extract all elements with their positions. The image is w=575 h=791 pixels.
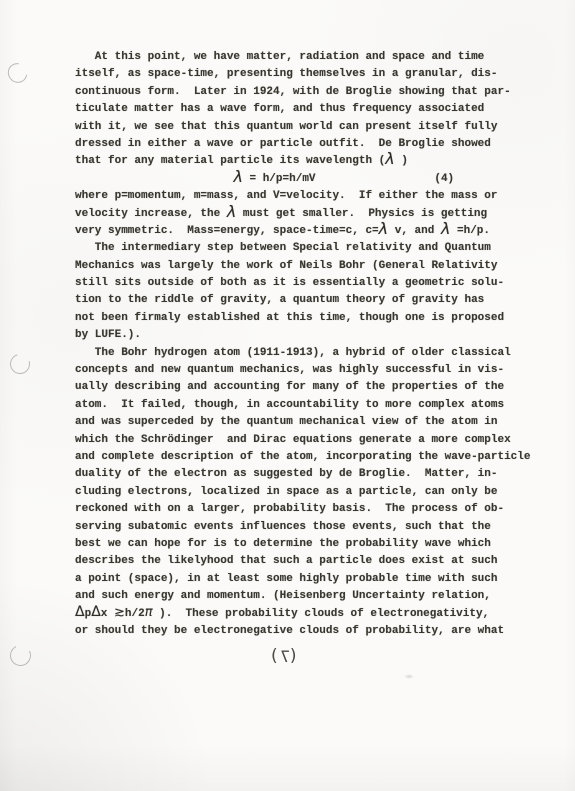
text-line: Mechanics was largely the work of Neils … [75, 258, 545, 275]
binder-ring-mark-icon [4, 59, 31, 86]
text-line: describes the likelyhood that such a par… [75, 553, 545, 570]
page-number-close-paren: ) [290, 646, 298, 666]
binder-ring-mark-icon [6, 350, 33, 377]
text-line: At this point, we have matter, radiation… [75, 49, 545, 66]
page-number-digit: 7 [279, 647, 290, 666]
lambda-symbol: λ [379, 224, 388, 234]
text-line: The Bohr hydrogen atom (1911-1913), a hy… [75, 345, 545, 362]
text-line: very symmetric. Mass=energy, space-time=… [75, 223, 545, 240]
text-line: and such energy and momentum. (Heisenber… [75, 588, 545, 605]
text-line: duality of the electron as suggested by … [75, 466, 545, 483]
text-line: which the Schrödinger and Dirac equation… [75, 432, 545, 449]
text-line: or should they be electronegative clouds… [75, 623, 545, 640]
binder-ring-mark-icon [7, 642, 33, 668]
text-line: continuous form. Later in 1924, with de … [75, 84, 545, 101]
text-line: and was superceded by the quantum mechan… [75, 414, 545, 431]
text-line: velocity increase, the λ must get smalle… [75, 206, 545, 223]
lambda-symbol: λ [441, 224, 450, 234]
text-line: serving subatomic events influences thos… [75, 519, 545, 536]
text-line: not been firmaly established at this tim… [75, 310, 545, 327]
text-line: cluding electrons, localized in space as… [75, 484, 545, 501]
lambda-symbol: λ [233, 172, 242, 182]
text-line: a point (space), in at least some highly… [75, 571, 545, 588]
text-line: still sits outside of both as it is esse… [75, 275, 545, 292]
lambda-symbol: λ [385, 154, 394, 164]
text-line: The intermediary step between Special re… [75, 240, 545, 257]
pi-symbol: π [145, 608, 153, 618]
text-line: ually describing and accounting for many… [75, 379, 545, 396]
text-line: with it, we see that this quantum world … [75, 119, 545, 136]
lambda-symbol: λ [227, 207, 236, 217]
text-line: ΔpΔx ≳h/2π ). These probability clouds o… [75, 606, 545, 623]
delta-symbol: Δ [91, 607, 101, 617]
text-line: tion to the riddle of gravity, a quantum… [75, 292, 545, 309]
scan-smudge [404, 674, 414, 679]
text-line: where p=momentum, m=mass, and V=velocity… [75, 188, 545, 205]
text-line: reckoned with on a larger, probability b… [75, 501, 545, 518]
page-number-open-paren: ( [271, 646, 279, 666]
page-number: (7) [271, 646, 297, 666]
text-line: and complete description of the atom, in… [75, 449, 545, 466]
text-line: best we can hope for is to determine the… [75, 536, 545, 553]
text-line: concepts and new quantum mechanics, was … [75, 362, 545, 379]
greater-equal-symbol: ≳ [114, 608, 125, 618]
text-line: dressed in either a wave or particle out… [75, 136, 545, 153]
text-line: atom. It failed, though, in accountabili… [75, 397, 545, 414]
text-line: by LUFE.). [75, 327, 545, 344]
text-line: that for any material particle its wavel… [75, 153, 545, 170]
text-line: itself, as space-time, presenting themse… [75, 66, 545, 83]
text-block: At this point, we have matter, radiation… [75, 49, 545, 640]
delta-symbol: Δ [75, 607, 85, 617]
scanned-document-page: At this point, we have matter, radiation… [0, 0, 575, 791]
text-line: ticulate matter has a wave form, and thu… [75, 101, 545, 118]
text-line: λ = h/p=h/mV (4) [75, 171, 545, 188]
